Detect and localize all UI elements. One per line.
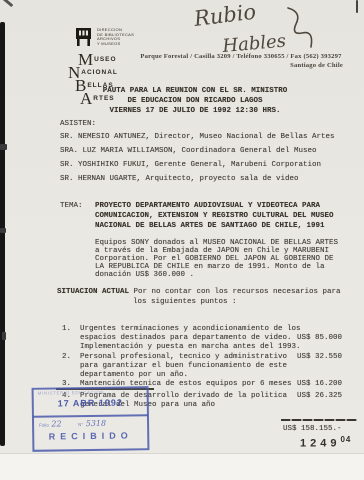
registry-stamp: 124904 [300, 435, 351, 450]
dibam-line: Y MUSEOS [97, 42, 134, 47]
dibam-text-block: DIRECCION DE BIBLIOTECAS ARCHIVOS Y MUSE… [97, 28, 134, 46]
stamp-received-label: RECIBIDO [34, 430, 147, 442]
situacion-label: SITUACION ACTUAL [57, 288, 129, 296]
scan-mark [2, 332, 6, 340]
item-text-line: Personal profesional, tecnico y administ… [80, 353, 287, 362]
tema-label: TEMA: [60, 202, 83, 211]
item-text-line: departamento por un año. [80, 371, 188, 380]
mnba-initial: A [80, 89, 92, 108]
item-text-line: Implementación y puesta en marcha antes … [80, 343, 301, 352]
tema-line: NACIONAL DE BELLAS ARTES DE SANTIAGO DE … [95, 222, 325, 231]
scan-mark [0, 228, 6, 233]
attendee-line: SR. NEMESIO ANTUNEZ, Director, Museo Nac… [60, 133, 335, 142]
memo-title-line: DE EDUCACION DON RICARDO LAGOS [95, 97, 295, 106]
tema-line: COMUNICACION, EXTENSION Y REGISTRO CULTU… [95, 212, 334, 221]
item-number: 2. [62, 353, 71, 362]
item-amount: US$ 26.325 [297, 392, 342, 401]
situacion-text: Por no contar con los recursos necesario… [129, 288, 341, 296]
scan-edge-bar [0, 22, 5, 446]
registry-suffix: 04 [340, 435, 351, 444]
stamp-folio-row: Folio 22 N° 5318 [39, 418, 144, 428]
letterhead-address: Parque Forestal / Casilla 3209 / Teléfon… [133, 53, 349, 60]
item-number: 1. [62, 325, 71, 334]
registry-number: 1249 [300, 438, 340, 450]
handwritten-annotation: Rubio Hables [185, 2, 350, 60]
item-amount: US$ 16.200 [297, 380, 342, 389]
received-stamp: MINISTERIO EDUCACION 17 ABR 1992 Folio 2… [32, 386, 150, 452]
situacion-text2: los siguientes puntos : [133, 298, 237, 307]
scan-bottom-band [0, 453, 364, 480]
scanned-memo-page: DIRECCION DE BIBLIOTECAS ARCHIVOS Y MUSE… [0, 0, 364, 480]
memo-title-line: PAUTA PARA LA REUNION CON EL SR. MINISTR… [95, 87, 295, 96]
mnba-rest: ACIONAL [81, 69, 118, 76]
item-amount: US$ 85.000 [297, 334, 342, 343]
stamp-folio-label: Folio [39, 423, 49, 428]
item-amount: US$ 32.550 [297, 353, 342, 362]
scan-mark-top-right [356, 0, 358, 13]
stamp-number-value: 5318 [86, 419, 106, 428]
item-text-line: espacios destinados para departamento de… [80, 334, 292, 343]
scan-mark [0, 144, 7, 150]
stamp-date: 17 ABR 1992 [34, 397, 147, 409]
stamp-number-label: N° [78, 422, 83, 427]
asisten-label: ASISTEN: [60, 120, 96, 129]
item-text-line: para garantizar el buen funcionamiento d… [80, 362, 287, 371]
attendee-line: SR. HERNAN UGARTE, Arquitecto, proyecto … [60, 175, 299, 184]
dibam-logo-icon [75, 27, 92, 47]
stamp-divider [33, 414, 148, 418]
handwriting-scribble [288, 8, 312, 47]
total-rule [281, 419, 357, 421]
scan-mark-corner [1, 0, 14, 7]
letterhead-city: Santiago de Chile [133, 62, 349, 69]
attendee-line: SRA. LUZ MARIA WILLIAMSON, Coordinadora … [60, 147, 317, 156]
mnba-rest: USEO [94, 56, 116, 63]
stamp-header: MINISTERIO EDUCACION [38, 390, 105, 396]
total-amount: US$ 158.155.- [283, 425, 342, 434]
memo-title-line: VIERNES 17 DE JULIO DE 1992 12:30 HRS. [95, 107, 295, 116]
handwritten-word: Rubio [192, 2, 258, 31]
item-text-line: Urgentes terminaciones y acondicionamien… [80, 325, 301, 334]
donation-line: donación US$ 360.000 . [95, 271, 194, 280]
situacion-line: SITUACION ACTUAL Por no contar con los r… [57, 288, 341, 297]
stamp-folio-value: 22 [51, 419, 61, 428]
tema-line: PROYECTO DEPARTAMENTO AUDIOVISUAL Y VIDE… [95, 202, 320, 211]
attendee-line: SR. YOSHIHIKO FUKUI, Gerente General, Ma… [60, 161, 321, 170]
